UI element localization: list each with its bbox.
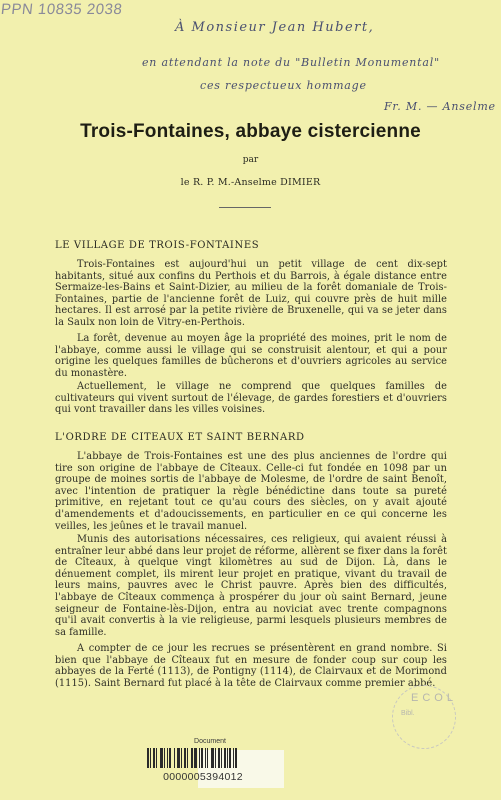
barcode-label-sticker: Document 0000005394012 [140,738,285,800]
paragraph: Actuellement, le village ne comprend que… [55,381,447,416]
barcode-number: 0000005394012 [140,771,266,783]
stamp-subtext: Bibl. [401,710,415,717]
barcode-icon [147,748,260,768]
scanned-page: PPN 10835 2038 À Monsieur Jean Hubert, e… [0,0,501,800]
dedication-signature: Fr. M. — Anselme [384,100,496,113]
paragraph: Munis des autorisations nécessaires, ces… [55,534,447,638]
paragraph: La forêt, devenue au moyen âge la propri… [55,333,447,379]
dedication-line-3: ces respectueux hommage [200,79,367,92]
paragraph: A compter de ce jour les recrues se prés… [55,643,447,689]
paragraph: Trois-Fontaines est aujourd'hui un petit… [55,259,447,329]
article-author: le R. P. M.-Anselme DIMIER [0,177,501,188]
section-heading-village: LE VILLAGE DE TROIS-FONTAINES [55,240,259,251]
stamp-text: ECOL [411,692,457,704]
barcode-caption: Document [180,738,240,745]
article-title: Trois-Fontaines, abbaye cistercienne [0,121,501,143]
paragraph: L'abbaye de Trois-Fontaines est une des … [55,451,447,532]
dedication-line-1: À Monsieur Jean Hubert, [175,20,374,35]
title-separator [219,207,271,208]
library-stamp: ECOL Bibl. [392,685,456,749]
dedication-line-2: en attendant la note du "Bulletin Monume… [142,56,440,69]
shelfmark-annotation: PPN 10835 2038 [0,1,123,18]
byline-par: par [0,155,501,165]
section-heading-citeaux: L'ORDRE DE CITEAUX ET SAINT BERNARD [55,432,305,443]
